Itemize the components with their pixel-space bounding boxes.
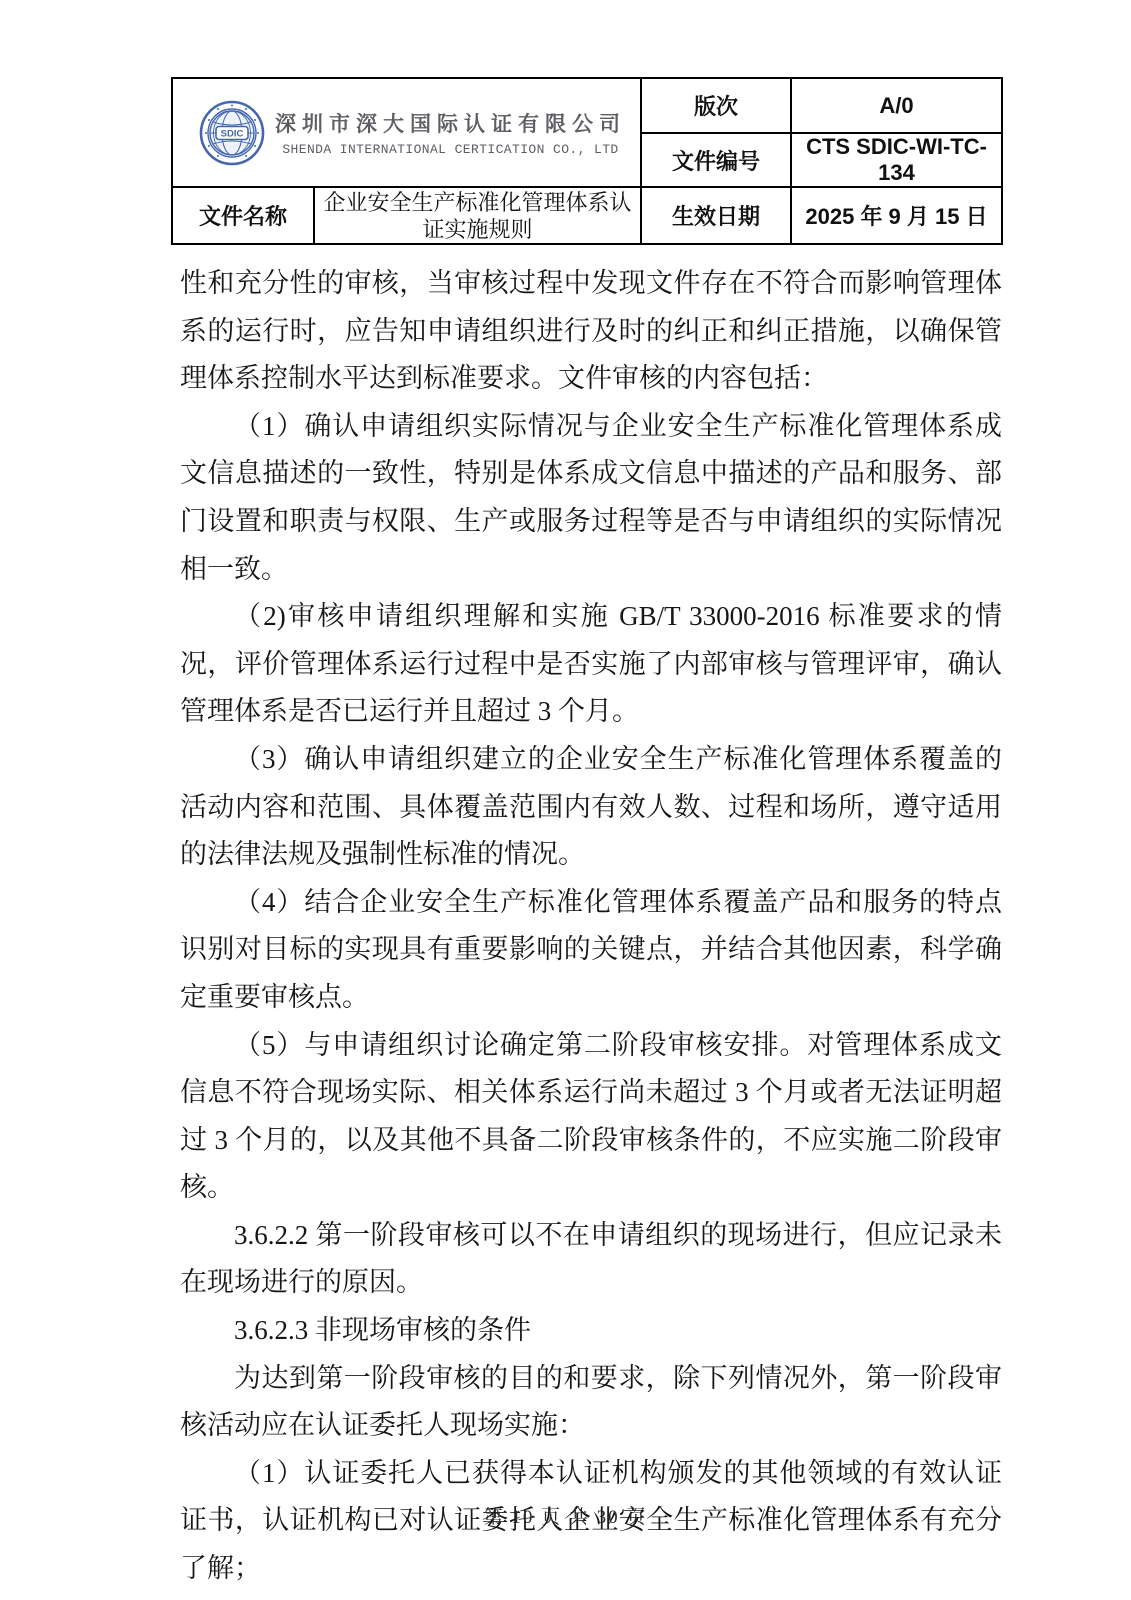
doc-name-value: 企业安全生产标准化管理体系认证实施规则 bbox=[314, 187, 641, 244]
company-logo-icon: SDIC bbox=[199, 100, 265, 166]
paragraph: 性和充分性的审核，当审核过程中发现文件存在不符合而影响管理体系的运行时，应告知申… bbox=[180, 260, 1002, 403]
paragraph: （5）与申请组织讨论确定第二阶段审核安排。对管理体系成文信息不符合现场实际、相关… bbox=[180, 1022, 1002, 1212]
document-page: { "header_table": { "logo": { "emblem_te… bbox=[0, 0, 1131, 1600]
document-body: 性和充分性的审核，当审核过程中发现文件存在不符合而影响管理体系的运行时，应告知申… bbox=[180, 260, 1002, 1593]
effective-date-value: 2025 年 9 月 15 日 bbox=[791, 187, 1002, 244]
paragraph: 3.6.2.3 非现场审核的条件 bbox=[180, 1307, 1002, 1355]
paragraph: （4）结合企业安全生产标准化管理体系覆盖产品和服务的特点识别对目标的实现具有重要… bbox=[180, 879, 1002, 1022]
doc-name-label: 文件名称 bbox=[172, 187, 314, 244]
company-logo-cell: SDIC 深圳市深大国际认证有限公司 SHENDA INTERNATIONAL … bbox=[172, 78, 641, 187]
doc-number-value: CTS SDIC-WI-TC-134 bbox=[791, 133, 1002, 187]
version-value: A/0 bbox=[791, 78, 1002, 133]
logo-sdic-text: SDIC bbox=[221, 128, 244, 139]
paragraph: （1）确认申请组织实际情况与企业安全生产标准化管理体系成文信息描述的一致性，特别… bbox=[180, 403, 1002, 593]
paragraph: 3.6.2.2 第一阶段审核可以不在申请组织的现场进行，但应记录未在现场进行的原… bbox=[180, 1212, 1002, 1307]
company-name-en: SHENDA INTERNATIONAL CERTICATION CO., LT… bbox=[275, 142, 626, 157]
effective-date-label: 生效日期 bbox=[641, 187, 791, 244]
version-label: 版次 bbox=[641, 78, 791, 133]
paragraph: （3）确认申请组织建立的企业安全生产标准化管理体系覆盖的活动内容和范围、具体覆盖… bbox=[180, 736, 1002, 879]
document-header-table: SDIC 深圳市深大国际认证有限公司 SHENDA INTERNATIONAL … bbox=[171, 77, 1003, 245]
page-number: 第 10 页 共 30 页 bbox=[0, 1502, 1131, 1529]
doc-number-label: 文件编号 bbox=[641, 133, 791, 187]
paragraph: （2)审核申请组织理解和实施 GB/T 33000-2016 标准要求的情况，评… bbox=[180, 593, 1002, 736]
paragraph: 为达到第一阶段审核的目的和要求，除下列情况外，第一阶段审核活动应在认证委托人现场… bbox=[180, 1355, 1002, 1450]
company-name-cn: 深圳市深大国际认证有限公司 bbox=[275, 108, 626, 138]
